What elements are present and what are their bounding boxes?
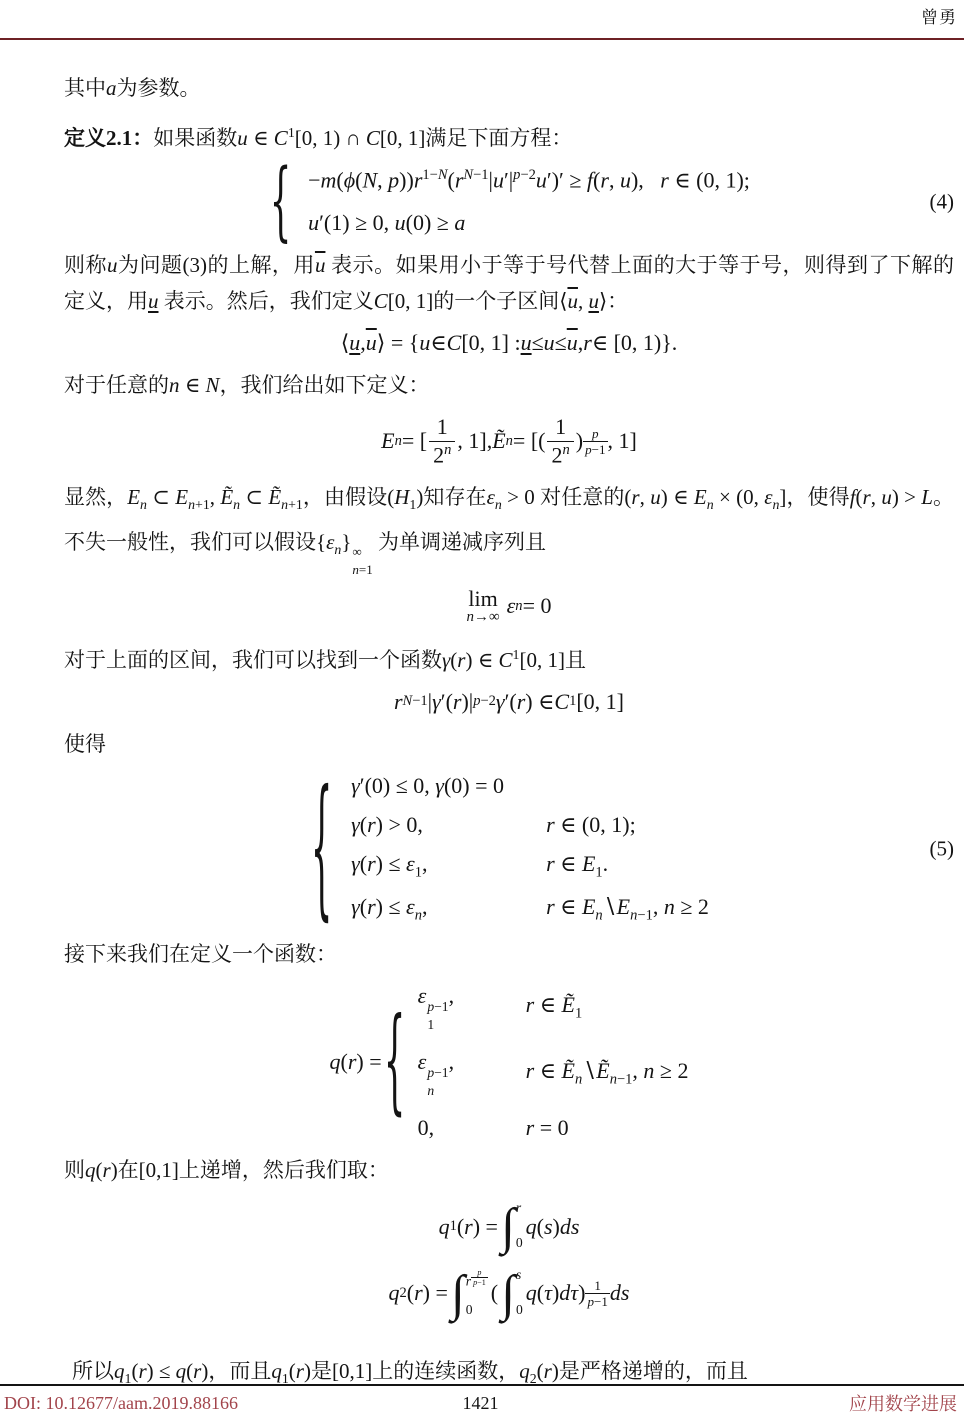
- equation-5-row-2-rhs: r ∈ (0, 1);: [546, 812, 709, 838]
- equation-5: { γ′(0) ≤ 0, γ(0) = 0 γ(r) > 0, r ∈ (0, …: [64, 773, 954, 925]
- footer-journal: 应用数学进展: [849, 1390, 957, 1414]
- equation-gamma-regularity: rN−1|γ′(r)|p−2γ′(r) ∈ C1[0, 1]: [64, 689, 954, 715]
- definition-2-1-text: 如果函数u ∈ C1[0, 1) ∩ C[0, 1]满足下面方程：: [153, 126, 572, 150]
- equation-q-definition: q(r) = { εp−11, r ∈ Ẽ1 εp−1n, r ∈ Ẽn∖Ẽn−…: [64, 983, 954, 1141]
- equation-q-row-2-lhs: εp−1n,: [418, 1049, 526, 1098]
- equation-5-row-1-lhs: γ′(0) ≤ 0, γ(0) = 0: [351, 773, 546, 799]
- document-body: 其中a为参数。 定义2.1：如果函数u ∈ C1[0, 1) ∩ C[0, 1]…: [64, 52, 954, 1397]
- equation-5-row-4-lhs: γ(r) ≤ εn,: [351, 894, 546, 924]
- page-footer: DOI: 10.12677/aam.2019.88166 1421 应用数学进展: [0, 1390, 964, 1414]
- footer-doi: DOI: 10.12677/aam.2019.88166: [4, 1393, 238, 1414]
- header-author: 曾勇: [921, 3, 957, 28]
- paragraph-upper-lower-solution: 则称u为问题(3)的上解，用u 表示。如果用小于等于号代替上面的大于等于号，则得…: [64, 247, 954, 319]
- equation-order-interval: ⟨u, u⟩ = {u ∈ C[0, 1] : u ≤ u ≤ u, r ∈ […: [64, 330, 954, 356]
- equation-4: { −m(ϕ(N, p))r1−N(rN−1|u′|p−2u′)′ ≥ f(r,…: [64, 167, 954, 236]
- equation-en-definition: En = [12n, 1], Ẽn = [(12n)pp−1, 1]: [64, 414, 954, 468]
- paragraph-parameter-a: 其中a为参数。: [64, 70, 954, 106]
- paragraph-interval-gamma: 对于上面的区间，我们可以找到一个函数γ(r) ∈ C1[0, 1]且: [64, 637, 954, 678]
- equation-q-lead: q(r) =: [330, 1049, 382, 1075]
- left-brace-icon: {: [311, 773, 331, 925]
- definition-2-1-label: 定义2.1：: [64, 126, 153, 150]
- equation-q1-integral: q1(r) = ∫r0 q(s)ds: [64, 1199, 954, 1255]
- document-page: 曾勇 其中a为参数。 定义2.1：如果函数u ∈ C1[0, 1) ∩ C[0,…: [0, 0, 964, 1414]
- equation-q-row-3-rhs: r = 0: [526, 1115, 689, 1141]
- equation-4-line-1: −m(ϕ(N, p))r1−N(rN−1|u′|p−2u′)′ ≥ f(r, u…: [308, 167, 750, 193]
- paragraph-such-that: 使得: [64, 726, 954, 762]
- equation-q-row-3-lhs: 0,: [418, 1115, 526, 1141]
- equation-5-row-3-rhs: r ∈ E1.: [546, 851, 709, 881]
- equation-5-cases: { γ′(0) ≤ 0, γ(0) = 0 γ(r) > 0, r ∈ (0, …: [309, 773, 709, 925]
- header-rule: [0, 38, 964, 40]
- footer-page-number: 1421: [463, 1393, 499, 1414]
- equation-5-row-2-lhs: γ(r) > 0,: [351, 812, 546, 838]
- footer-rule: [0, 1384, 964, 1386]
- left-brace-icon: {: [270, 159, 290, 245]
- equation-4-line-2: u′(1) ≥ 0, u(0) ≥ a: [308, 210, 750, 236]
- left-brace-icon: {: [383, 1005, 403, 1119]
- equation-4-cases: { −m(ϕ(N, p))r1−N(rN−1|u′|p−2u′)′ ≥ f(r,…: [268, 167, 750, 236]
- equation-5-row-4-rhs: r ∈ En∖En−1, n ≥ 2: [546, 894, 709, 924]
- paragraph-for-any-n: 对于任意的n ∈ N，我们给出如下定义：: [64, 367, 954, 403]
- paragraph-definition-2-1: 定义2.1：如果函数u ∈ C1[0, 1) ∩ C[0, 1]满足下面方程：: [64, 115, 954, 156]
- paragraph-q-increasing: 则q(r)在[0,1]上递增，然后我们取：: [64, 1152, 954, 1188]
- equation-q-row-2-rhs: r ∈ Ẽn∖Ẽn−1, n ≥ 2: [526, 1058, 689, 1088]
- paragraph-next-define-function: 接下来我们在定义一个函数：: [64, 936, 954, 972]
- equation-q-row-1-lhs: εp−11,: [418, 983, 526, 1032]
- equation-limit-epsilon: limn→∞ εn = 0: [64, 587, 954, 626]
- paragraph-obviously-en: 显然，En ⊂ En+1, Ẽn ⊂ Ẽn+1，由假设(H1)知存在εn > 0…: [64, 479, 954, 576]
- equation-q-row-1-rhs: r ∈ Ẽ1: [526, 992, 689, 1022]
- equation-4-number: (4): [930, 189, 955, 214]
- equation-5-number: (5): [930, 836, 955, 861]
- equation-q2-integral: q2(r) = ∫rpp−10 (∫s0 q(τ)dτ)1p−1 ds: [64, 1266, 954, 1322]
- equation-5-row-3-lhs: γ(r) ≤ ε1,: [351, 851, 546, 881]
